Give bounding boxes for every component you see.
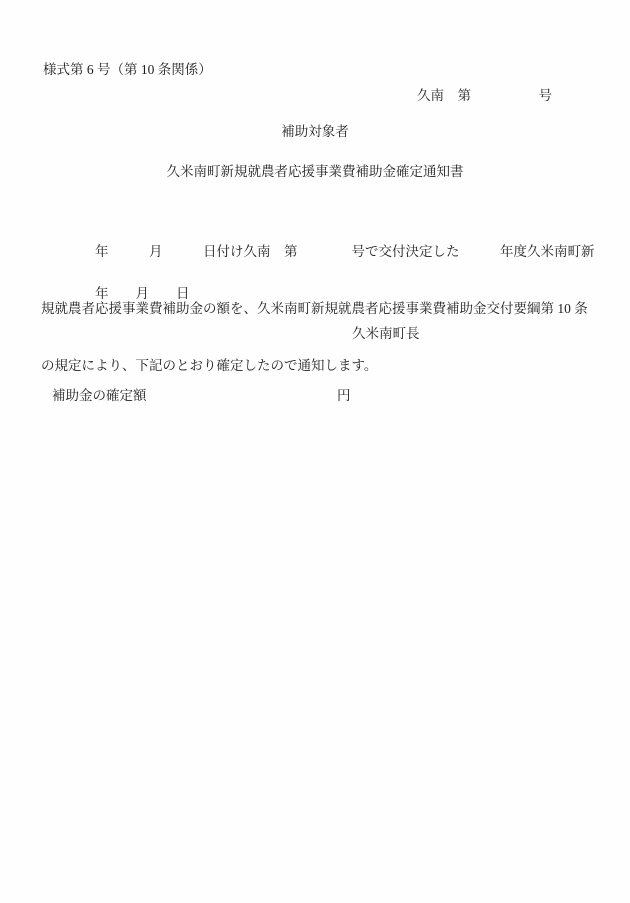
date-blank-line: 年 月 日 (41, 284, 190, 303)
confirmed-amount-label: 補助金の確定額 (52, 386, 147, 405)
body-paragraph: 年 月 日付け久南 第 号で交付決定した 年度久米南町新 規就農者応援事業費補助… (41, 204, 590, 413)
document-title: 久米南町新規就農者応援事業費補助金確定通知書 (0, 162, 630, 181)
document-number-line: 久南 第 号 (417, 86, 552, 105)
body-paragraph-line-1: 年 月 日付け久南 第 号で交付決定した 年度久米南町新 (41, 242, 590, 261)
body-paragraph-line-3: の規定により、下記のとおり確定したので通知します。 (41, 356, 590, 375)
recipient-label: 補助対象者 (0, 122, 630, 141)
document-page: 様式第 6 号（第 10 条関係） 久南 第 号 補助対象者 久米南町新規就農者… (0, 0, 630, 903)
form-number-label: 様式第 6 号（第 10 条関係） (43, 60, 212, 79)
yen-unit-label: 円 (337, 386, 351, 405)
sender-title: 久米南町長 (352, 324, 420, 343)
